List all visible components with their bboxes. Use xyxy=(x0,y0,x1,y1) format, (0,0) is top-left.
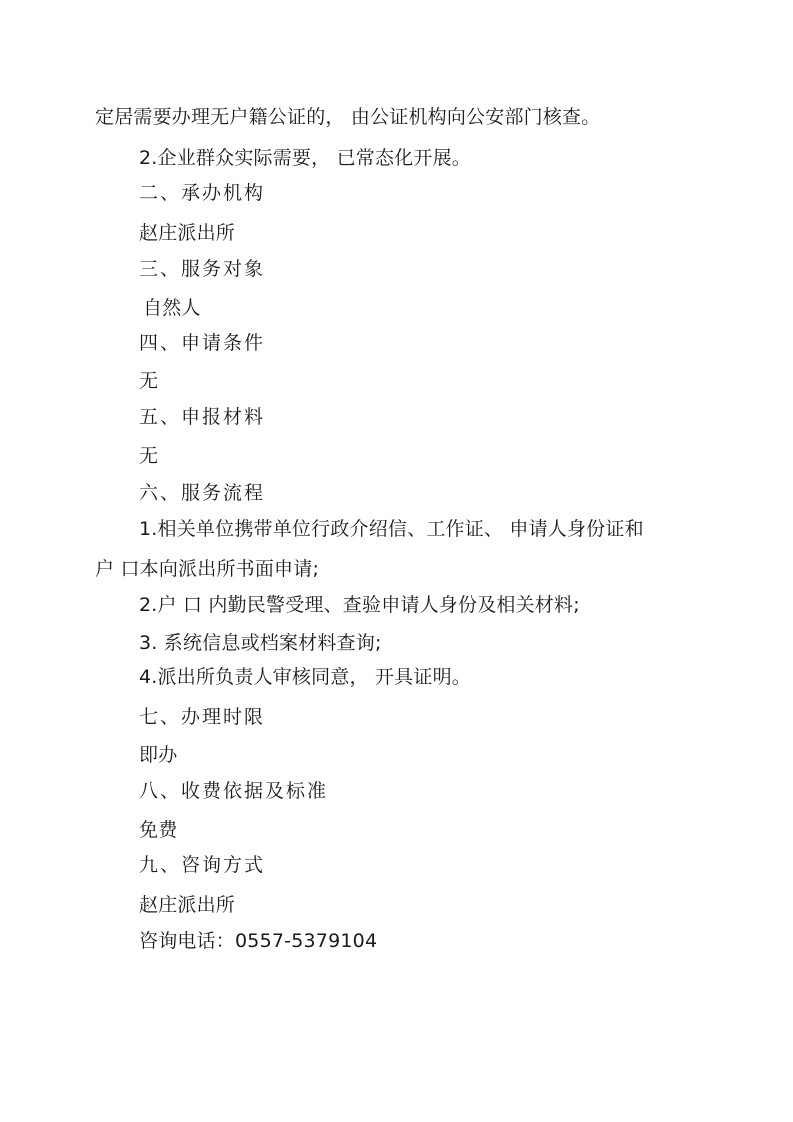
consultation-phone: 咨询电话：0557-5379104 xyxy=(139,929,377,953)
section-value-materials: 无 xyxy=(139,444,158,468)
process-step-3: 3. 系统信息或档案材料查询; xyxy=(139,631,382,655)
section-value-fees: 免费 xyxy=(139,818,177,842)
document-page: 定居需要办理无户籍公证的， 由公证机构向公安部门核查。 2.企业群众实际需要， … xyxy=(0,0,793,1122)
process-step-4: 4.派出所负责人审核同意， 开具证明。 xyxy=(139,665,471,689)
section-heading-fees: 八、收费依据及标准 xyxy=(139,779,328,803)
paragraph-continuation-notary: 定居需要办理无户籍公证的， 由公证机构向公安部门核查。 xyxy=(95,105,600,129)
section-heading-organization: 二、承办机构 xyxy=(139,181,265,205)
consultation-organization: 赵庄派出所 xyxy=(139,893,235,917)
section-heading-service-target: 三、服务对象 xyxy=(139,257,265,281)
list-item-routine: 2.企业群众实际需要， 已常态化开展。 xyxy=(139,146,471,170)
process-step-2: 2.户 口 内勤民警受理、查验申请人身份及相关材料; xyxy=(139,593,580,617)
section-value-conditions: 无 xyxy=(139,369,158,393)
section-heading-consultation: 九、咨询方式 xyxy=(139,853,265,877)
process-step-1-continuation: 户 口本向派出所书面申请; xyxy=(95,557,319,581)
section-heading-materials: 五、申报材料 xyxy=(139,405,265,429)
section-value-time-limit: 即办 xyxy=(139,743,177,767)
section-value-service-target: 自然人 xyxy=(143,296,201,320)
section-heading-process: 六、服务流程 xyxy=(139,481,265,505)
section-heading-time-limit: 七、办理时限 xyxy=(139,705,265,729)
section-heading-conditions: 四、申请条件 xyxy=(139,331,265,355)
process-step-1: 1.相关单位携带单位行政介绍信、工作证、 申请人身份证和 xyxy=(139,517,644,541)
section-value-organization: 赵庄派出所 xyxy=(139,221,235,245)
